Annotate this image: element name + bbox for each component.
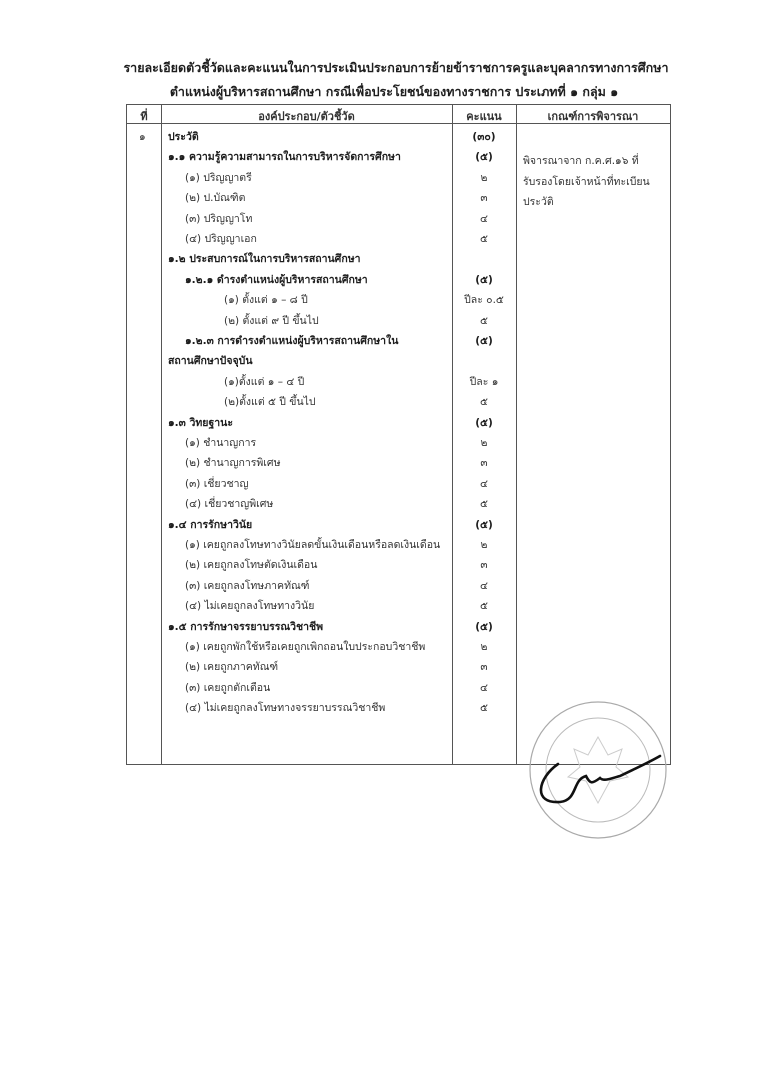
- row-number: ๑: [139, 128, 146, 145]
- table-row-text: ๑.๕ การรักษาจรรยาบรรณวิชาชีพ: [168, 618, 323, 635]
- table-row-text: ๑.๒ ประสบการณ์ในการบริหารสถานศึกษา: [168, 250, 361, 267]
- table-row-text: ๑.๑ ความรู้ความสามารถในการบริหารจัดการศึ…: [168, 148, 401, 165]
- table-row-score: ๒: [452, 434, 516, 451]
- table-row-text: (๑)ตั้งแต่ ๑ – ๔ ปี: [224, 373, 304, 390]
- table-row-text: (๔) ไม่เคยถูกลงโทษทางวินัย: [185, 597, 314, 614]
- table-row-score: ๕: [452, 495, 516, 512]
- table-row-text: ประวัติ: [168, 128, 199, 145]
- table-row-score: ๒: [452, 638, 516, 655]
- table-row-text: (๓) ปริญญาโท: [185, 210, 252, 227]
- table-row-score: ๕: [452, 699, 516, 716]
- table-row-score: ๔: [452, 679, 516, 696]
- official-seal-icon: [520, 692, 670, 842]
- table-row-score: ๔: [452, 210, 516, 227]
- table-row-score: ๕: [452, 393, 516, 410]
- table-row-text: (๔) ปริญญาเอก: [185, 230, 257, 247]
- header-component: องค์ประกอบ/ตัวชี้วัด: [161, 107, 452, 125]
- table-row-text: (๒) เคยถูกภาคทัณฑ์: [185, 658, 278, 675]
- table-row-score: (๕): [452, 148, 516, 165]
- table-row-score: (๕): [452, 516, 516, 533]
- document-title: รายละเอียดตัวชี้วัดและคะแนนในการประเมินป…: [12, 58, 768, 78]
- table-row-text: (๔) ไม่เคยถูกลงโทษทางจรรยาบรรณวิชาชีพ: [185, 699, 385, 716]
- table-row-text: (๑) เคยถูกพักใช้หรือเคยถูกเพิกถอนใบประกอ…: [185, 638, 425, 655]
- table-row-text: (๓) เชี่ยวชาญ: [185, 475, 248, 492]
- table-row-text: (๒) ชำนาญการพิเศษ: [185, 454, 280, 471]
- table-row-score: ๕: [452, 597, 516, 614]
- table-row-text: ๑.๓ วิทยฐานะ: [168, 414, 233, 431]
- table-row-score: (๕): [452, 414, 516, 431]
- table-row-score: ๒: [452, 169, 516, 186]
- table-row-score: (๕): [452, 271, 516, 288]
- table-row-text: (๑) ปริญญาตรี: [185, 169, 252, 186]
- table-row-text: (๑) เคยถูกลงโทษทางวินัยลดขั้นเงินเดือนหร…: [185, 536, 440, 553]
- table-row-score: (๕): [452, 618, 516, 635]
- table-row-text: (๑) ชำนาญการ: [185, 434, 256, 451]
- table-row-text: ๑.๔ การรักษาวินัย: [168, 516, 252, 533]
- table-row-score: ๓: [452, 454, 516, 471]
- document-subtitle: ตำแหน่งผู้บริหารสถานศึกษา กรณีเพื่อประโย…: [10, 82, 768, 102]
- table-row-score: ๓: [452, 556, 516, 573]
- column-divider: [161, 105, 162, 764]
- header-criteria: เกณฑ์การพิจารณา: [516, 107, 670, 125]
- table-row-text: (๑) ตั้งแต่ ๑ – ๘ ปี: [224, 291, 308, 308]
- table-row-text: (๓) เคยถูกลงโทษภาคทัณฑ์: [185, 577, 309, 594]
- table-row-score: ๓: [452, 658, 516, 675]
- table-row-text: (๒) เคยถูกลงโทษตัดเงินเดือน: [185, 556, 317, 573]
- table-row-score: ๔: [452, 577, 516, 594]
- table-row-score: ๕: [452, 312, 516, 329]
- table-row-text: (๒) ป.บัณฑิต: [185, 189, 245, 206]
- table-row-score: ปีละ ๑: [452, 373, 516, 390]
- header-score: คะแนน: [452, 107, 516, 125]
- criteria-text: พิจารณาจาก ก.ค.ศ.๑๖ ที่รับรองโดยเจ้าหน้า…: [523, 151, 668, 213]
- table-row-score: ปีละ ๐.๕: [452, 291, 516, 308]
- table-row-text: (๔) เชี่ยวชาญพิเศษ: [185, 495, 273, 512]
- table-row-text: (๒)ตั้งแต่ ๕ ปี ขึ้นไป: [224, 393, 316, 410]
- criteria-table: ที่ องค์ประกอบ/ตัวชี้วัด คะแนน เกณฑ์การพ…: [126, 104, 671, 765]
- table-row-text: (๒) ตั้งแต่ ๙ ปี ขึ้นไป: [224, 312, 319, 329]
- signature-icon: [541, 756, 660, 802]
- table-row-text: ๑.๒.๑ ดำรงตำแหน่งผู้บริหารสถานศึกษา: [185, 271, 368, 288]
- table-row-score: ๔: [452, 475, 516, 492]
- table-row-text: สถานศึกษาปัจจุบัน: [168, 352, 253, 369]
- header-no: ที่: [127, 107, 161, 125]
- column-divider: [516, 105, 517, 764]
- table-row-score: ๒: [452, 536, 516, 553]
- table-row-score: ๓: [452, 189, 516, 206]
- table-row-score: (๕): [452, 332, 516, 349]
- table-row-text: ๑.๒.๓ การดำรงตำแหน่งผู้บริหารสถานศึกษาใน: [185, 332, 398, 349]
- table-row-score: ๕: [452, 230, 516, 247]
- table-row-score: (๓๐): [452, 128, 516, 145]
- table-row-text: (๓) เคยถูกตักเตือน: [185, 679, 270, 696]
